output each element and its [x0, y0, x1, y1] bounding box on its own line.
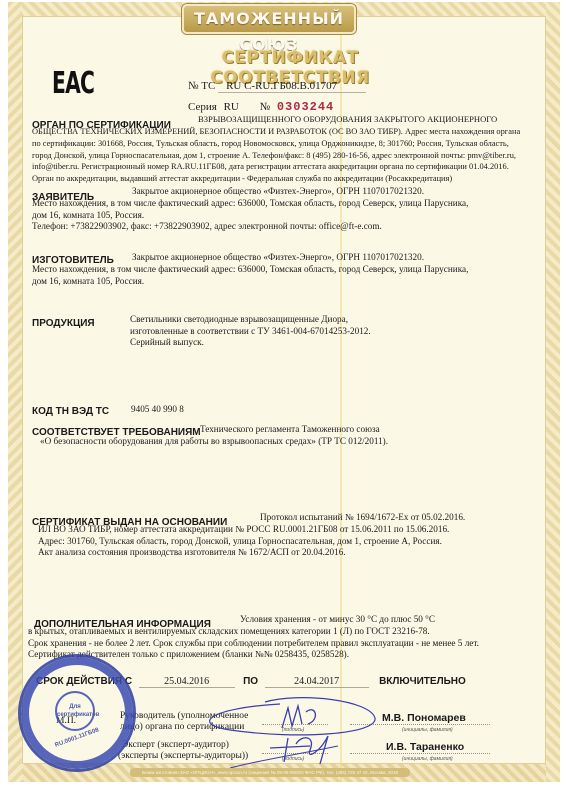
serial-label: №	[260, 101, 271, 113]
certificate-number-value: RU C-RU.ГБ08.В.01707	[218, 80, 366, 93]
validity-to-label: ПО	[243, 676, 258, 687]
stamp-center-text: Для сертификатов	[55, 691, 95, 731]
certification-body-first-line: ВЗРЫВОЗАЩИЩЕННОГО ОБОРУДОВАНИЯ ЗАКРЫТОГО…	[198, 114, 497, 126]
border-ornament-left	[8, 2, 22, 782]
certificate-number-label: № ТС	[188, 80, 215, 92]
series-value: RU	[224, 101, 239, 113]
additional-info-text: в крытых, отапливаемых и вентилируемых с…	[28, 626, 548, 661]
basis-line: Акт анализа состояния производства изгот…	[38, 547, 552, 559]
requirements-section: СООТВЕТСТВУЕТ ТРЕБОВАНИЯМ Технического р…	[32, 424, 552, 448]
additional-info-first-line: Условия хранения - от минус 30 °С до плю…	[240, 614, 435, 626]
certificate-number-row: № ТС RU C-RU.ГБ08.В.01707	[188, 80, 366, 93]
certification-body-text: ОБЩЕСТВА ТЕХНИЧЕСКИХ ИЗМЕРЕНИЙ, БЕЗОПАСН…	[32, 126, 552, 185]
certification-body-line: info@tiber.ru. Регистрационный номер RA.…	[32, 161, 552, 173]
series-label: Серия	[188, 101, 217, 113]
certification-body-label: ОРГАН ПО СЕРТИФИКАЦИИ	[32, 120, 171, 132]
expert-name-caption: (инициалы, фамилия)	[402, 756, 453, 762]
basis-section: СЕРТИФИКАТ ВЫДАН НА ОСНОВАНИИ Протокол и…	[32, 512, 552, 559]
applicant-section: ЗАЯВИТЕЛЬ Закрытое акционерное общество …	[32, 186, 552, 233]
series-row: Серия RU № 0303244	[188, 100, 334, 114]
signature-scribble-icon	[170, 690, 380, 770]
basis-line: Адрес: 301760, Тульская область, город Д…	[38, 536, 552, 548]
head-name: М.В. Пономарев	[382, 712, 466, 724]
applicant-line: Телефон: +73822903902, факс: +7382290390…	[32, 221, 552, 233]
basis-text: ИЛ ВО ЗАО ТИБР, номер аттестата аккредит…	[32, 524, 552, 559]
certification-body-line: город Донской, улица Горноспасательная, …	[32, 150, 552, 162]
product-text: Светильники светодиодные взрывозащищенны…	[130, 314, 371, 349]
eac-logo-icon: ЕАС	[52, 66, 94, 101]
customs-union-banner: ТАМОЖЕННЫЙ СОЮЗ	[182, 4, 356, 34]
certification-body-line: по сертификации: 301668, Россия, Тульска…	[32, 138, 552, 150]
certification-body-line: Орган по аккредитации, выдавший аттестат…	[32, 173, 552, 185]
manufacturer-section: ИЗГОТОВИТЕЛЬ Закрытое акционерное общест…	[32, 252, 552, 287]
basis-first-line: Протокол испытаний № 1694/1672-Ex от 05.…	[260, 512, 465, 524]
printing-note: Бланк изготовлен ЗАО «ОПЦИОН», www.opcio…	[130, 768, 410, 777]
manufacturer-label: ИЗГОТОВИТЕЛЬ	[32, 255, 114, 267]
additional-info-line: Сертификат действителен только с приложе…	[28, 649, 548, 661]
applicant-line: дом 16, комната 105, Россия.	[32, 210, 552, 222]
applicant-line: Место нахождения, в том числе фактически…	[32, 198, 552, 210]
hs-code-value: 9405 40 990 8	[131, 404, 184, 416]
valid-to-date: 24.04.2017	[265, 676, 369, 688]
additional-info-line: Срок хранения - не более 2 лет. Срок слу…	[28, 638, 548, 650]
manufacturer-line: дом 16, комната 105, Россия.	[32, 276, 552, 288]
manufacturer-text: Место нахождения, в том числе фактически…	[32, 264, 552, 287]
expert-name: И.В. Тараненко	[386, 741, 464, 753]
product-label: ПРОДУКЦИЯ	[32, 318, 95, 330]
additional-info-section: ДОПОЛНИТЕЛЬНАЯ ИНФОРМАЦИЯ Условия хранен…	[28, 614, 548, 661]
certification-body-section: ОРГАН ПО СЕРТИФИКАЦИИ ВЗРЫВОЗАЩИЩЕННОГО …	[32, 114, 552, 185]
validity-suffix: ВКЛЮЧИТЕЛЬНО	[379, 676, 466, 687]
hs-code-label: КОД ТН ВЭД ТС	[32, 406, 109, 418]
product-line: изготовленные в соответствии с ТУ 3461-0…	[130, 326, 371, 338]
basis-label: СЕРТИФИКАТ ВЫДАН НА ОСНОВАНИИ	[32, 517, 227, 529]
valid-from-date: 25.04.2016	[139, 676, 235, 688]
head-name-caption: (инициалы, фамилия)	[402, 727, 453, 733]
requirements-label: СООТВЕТСТВУЕТ ТРЕБОВАНИЯМ	[32, 427, 201, 439]
applicant-text: Место нахождения, в том числе фактически…	[32, 198, 552, 233]
manufacturer-first-line: Закрытое акционерное общество «Физтех-Эн…	[132, 252, 424, 264]
applicant-label: ЗАЯВИТЕЛЬ	[32, 192, 94, 204]
serial-number: 0303244	[277, 100, 334, 114]
product-line: Серийный выпуск.	[130, 337, 371, 349]
applicant-first-line: Закрытое акционерное общество «Физтех-Эн…	[132, 186, 424, 198]
certification-stamp: Для сертификатов RU.0001.11ГБ08	[18, 654, 136, 772]
requirements-first-line: Технического регламента Таможенного союз…	[200, 424, 380, 436]
product-line: Светильники светодиодные взрывозащищенны…	[130, 314, 371, 326]
additional-info-label: ДОПОЛНИТЕЛЬНАЯ ИНФОРМАЦИЯ	[34, 619, 211, 631]
